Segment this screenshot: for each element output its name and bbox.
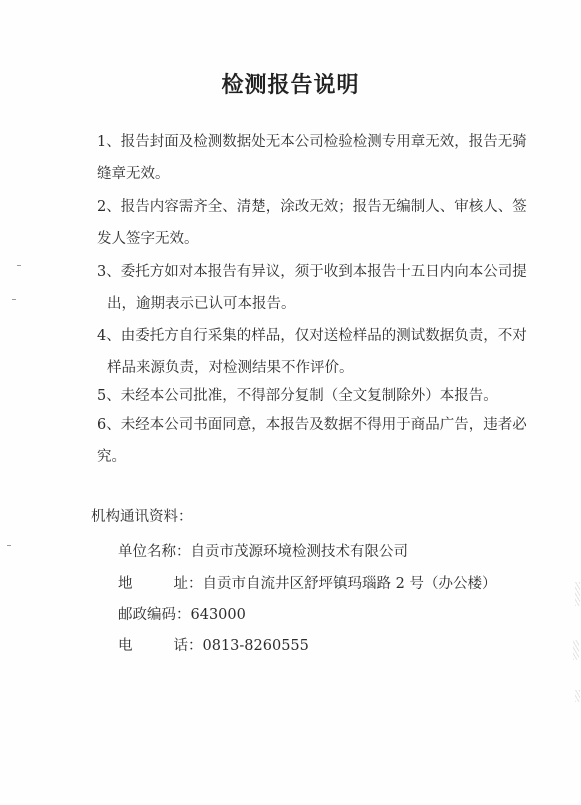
clause-text: 报告内容需齐全、清楚，涂改无效；报告无编制人、审核人、签 (121, 199, 527, 215)
label-char: 址 (174, 572, 189, 593)
scan-speck (7, 545, 11, 546)
clause-5-line-1: 5、未经本公司批准，不得部分复制（全文复制除外）本报告。 (97, 380, 537, 412)
contact-label: 邮政编码 (118, 603, 176, 624)
clause-6-line-1: 6、未经本公司书面同意，本报告及数据不得用于商品广告，违者必 (97, 409, 537, 441)
contact-row-company: 单位名称：自贡市茂源环境检测技术有限公司 (118, 540, 408, 561)
contact-separator: ： (188, 638, 203, 654)
clause-number: 2、 (97, 199, 121, 215)
label-char: 电 (118, 634, 133, 655)
scan-mark (575, 582, 580, 606)
clause-number: 5、 (97, 388, 121, 404)
clause-3-line-2: 出，逾期表示已认可本报告。 (97, 288, 537, 320)
clause-4-line-1: 4、由委托方自行采集的样品，仅对送检样品的测试数据负责，不对 (97, 320, 537, 352)
clause-6-line-2: 究。 (97, 441, 537, 473)
clause-2: 2、报告内容需齐全、清楚，涂改无效；报告无编制人、审核人、签 发人签字无效。 (97, 191, 537, 255)
scan-speck (12, 299, 16, 300)
clause-2-line-1: 2、报告内容需齐全、清楚，涂改无效；报告无编制人、审核人、签 (97, 191, 537, 223)
contact-label: 单位名称 (118, 540, 176, 561)
document-title: 检测报告说明 (0, 68, 581, 99)
scan-mark (573, 640, 579, 660)
clause-number: 1、 (97, 134, 121, 150)
contact-value: 自贡市自流井区舒坪镇玛瑙路 2 号（办公楼） (203, 576, 497, 592)
clause-5: 5、未经本公司批准，不得部分复制（全文复制除外）本报告。 (97, 380, 537, 412)
clause-3-line-1: 3、委托方如对本报告有异议，须于收到本报告十五日内向本公司提 (97, 256, 537, 288)
contact-separator: ： (176, 544, 191, 560)
clause-2-line-2: 发人签字无效。 (97, 223, 537, 255)
clause-text: 报告封面及检测数据处无本公司检验检测专用章无效，报告无骑 (121, 134, 527, 150)
contact-row-postcode: 邮政编码：643000 (118, 603, 246, 624)
clause-4: 4、由委托方自行采集的样品，仅对送检样品的测试数据负责，不对 样品来源负责，对检… (97, 320, 537, 384)
contact-row-phone: 电话：0813-8260555 (118, 634, 309, 655)
clause-number: 3、 (97, 264, 121, 280)
label-char: 话 (174, 634, 189, 655)
clause-1-line-1: 1、报告封面及检测数据处无本公司检验检测专用章无效，报告无骑 (97, 126, 537, 158)
clause-3: 3、委托方如对本报告有异议，须于收到本报告十五日内向本公司提 出，逾期表示已认可… (97, 256, 537, 320)
clause-1-line-2: 缝章无效。 (97, 158, 537, 190)
contact-label: 地址 (118, 572, 188, 593)
label-char: 地 (118, 572, 133, 593)
scan-mark (575, 690, 580, 702)
contact-label: 电话 (118, 634, 188, 655)
clause-text: 委托方如对本报告有异议，须于收到本报告十五日内向本公司提 (121, 264, 527, 280)
scan-speck (17, 265, 21, 266)
contact-heading: 机构通讯资料： (91, 505, 193, 526)
clause-text: 未经本公司批准，不得部分复制（全文复制除外）本报告。 (121, 388, 498, 404)
document-page: 检测报告说明 1、报告封面及检测数据处无本公司检验检测专用章无效，报告无骑 缝章… (0, 0, 581, 805)
clause-1: 1、报告封面及检测数据处无本公司检验检测专用章无效，报告无骑 缝章无效。 (97, 126, 537, 190)
clause-text: 未经本公司书面同意，本报告及数据不得用于商品广告，违者必 (121, 417, 527, 433)
contact-separator: ： (188, 576, 203, 592)
contact-separator: ： (176, 607, 191, 623)
clause-number: 4、 (97, 328, 121, 344)
contact-value: 0813-8260555 (203, 638, 309, 654)
clause-number: 6、 (97, 417, 121, 433)
contact-value: 自贡市茂源环境检测技术有限公司 (191, 544, 409, 560)
contact-row-address: 地址：自贡市自流井区舒坪镇玛瑙路 2 号（办公楼） (118, 572, 496, 593)
contact-value: 643000 (191, 607, 246, 623)
clause-text: 由委托方自行采集的样品，仅对送检样品的测试数据负责，不对 (121, 328, 527, 344)
clause-6: 6、未经本公司书面同意，本报告及数据不得用于商品广告，违者必 究。 (97, 409, 537, 473)
